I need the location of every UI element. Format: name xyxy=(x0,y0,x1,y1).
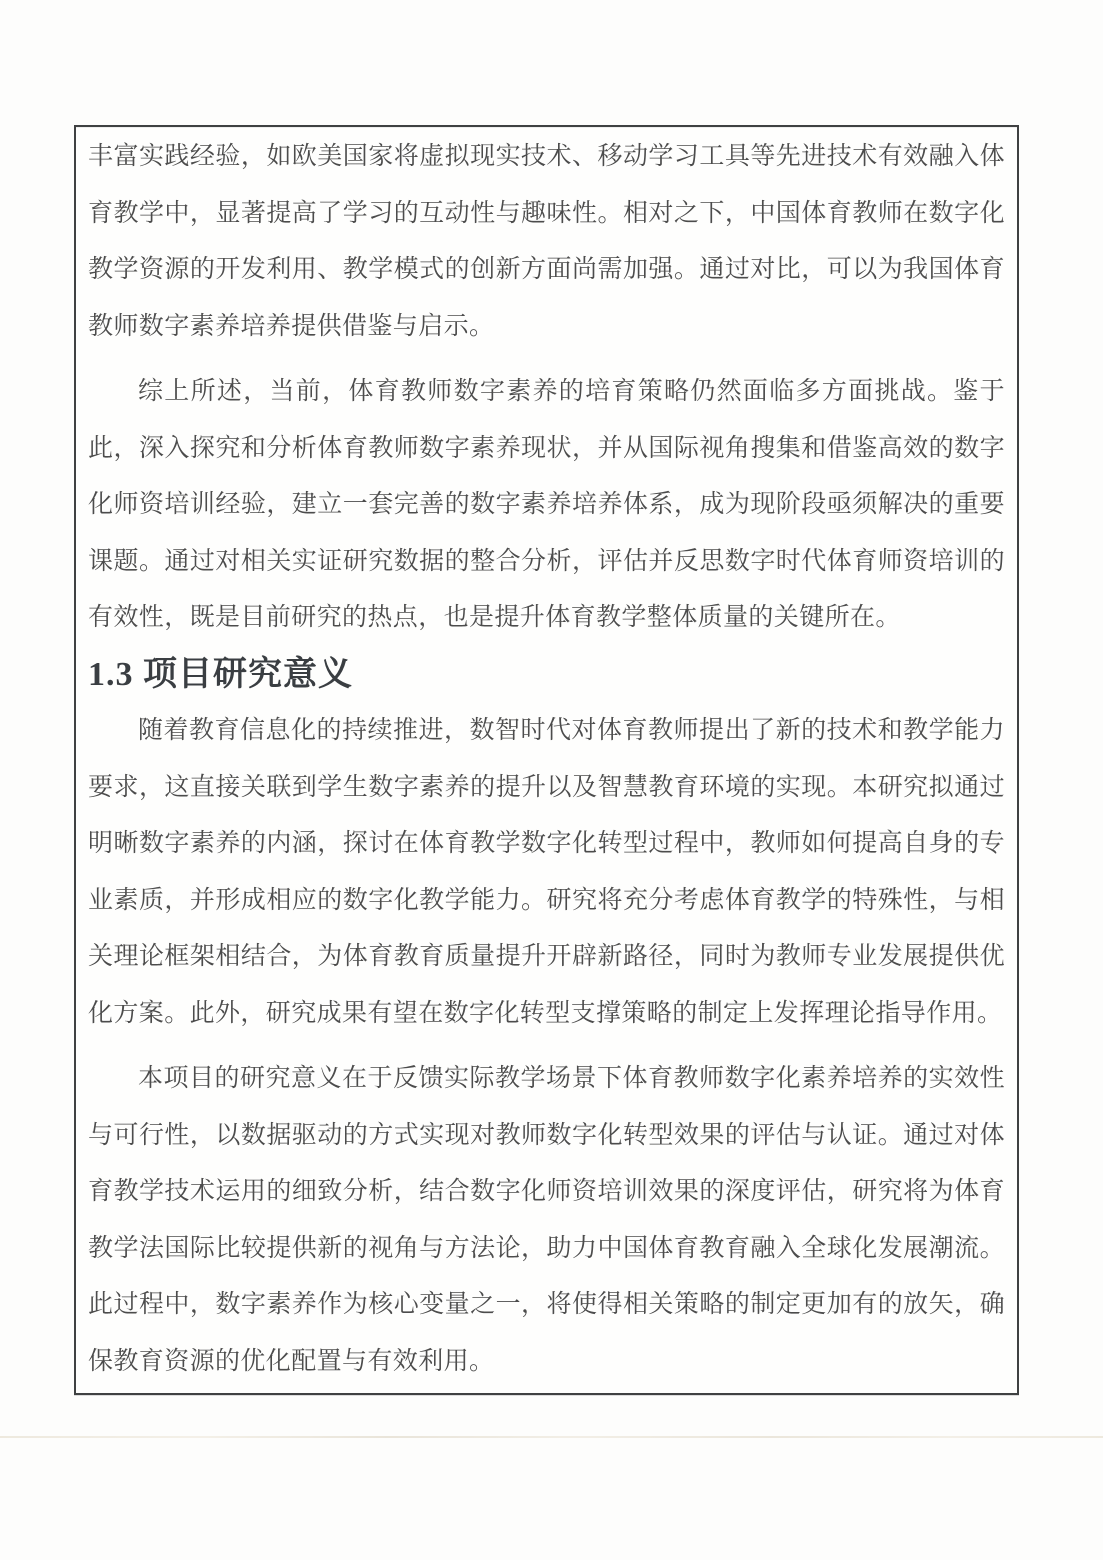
section-heading: 1.3 项目研究意义 xyxy=(88,647,1005,704)
paragraph-continuation: 丰富实践经验，如欧美国家将虚拟现实技术、移动学习工具等先进技术有效融入体育教学中… xyxy=(88,129,1005,355)
document-border-box: 丰富实践经验，如欧美国家将虚拟现实技术、移动学习工具等先进技术有效融入体育教学中… xyxy=(74,125,1019,1395)
scan-artifact-line xyxy=(0,1436,1103,1438)
paragraph-research-significance-1: 随着教育信息化的持续推进，数智时代对体育教师提出了新的技术和教学能力要求，这直接… xyxy=(88,703,1005,1042)
paragraph-summary: 综上所述，当前，体育教师数字素养的培育策略仍然面临多方面挑战。鉴于此，深入探究和… xyxy=(88,364,1005,647)
paragraph-research-significance-2: 本项目的研究意义在于反馈实际教学场景下体育教师数字化素养培养的实效性与可行性，以… xyxy=(88,1051,1005,1390)
scanned-document-page: 丰富实践经验，如欧美国家将虚拟现实技术、移动学习工具等先进技术有效融入体育教学中… xyxy=(0,0,1103,1560)
